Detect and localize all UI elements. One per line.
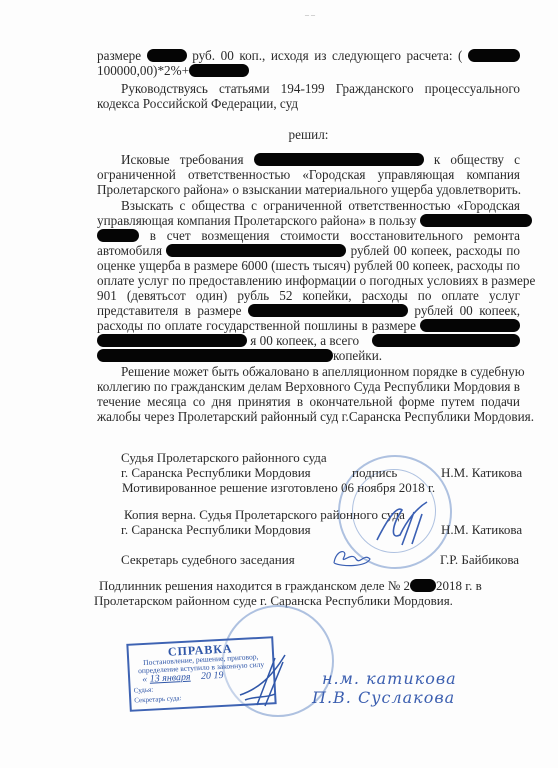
secretary-signature-icon (330, 545, 375, 569)
redaction (147, 49, 187, 62)
text-line: 100000,00)*2%+ (97, 63, 520, 78)
stamp-signature-icon (235, 650, 295, 710)
secretary-name: Г.Р. Байбикова (440, 552, 519, 568)
text-line: управляющая компания Пролетарского район… (97, 213, 520, 228)
text-line: 901 (девятьсот один) рубль 52 копейки, р… (97, 288, 520, 303)
text-line: Решение может быть обжаловано в апелляци… (97, 364, 520, 379)
text-line: коллегию по гражданским делам Верховного… (97, 379, 520, 394)
copy-judge-name: Н.М. Катикова (441, 522, 522, 538)
text-line: размере руб. 00 коп., исходя из следующе… (97, 48, 520, 63)
page-mark: – – (305, 10, 315, 19)
redaction (420, 319, 520, 332)
document-page: – – размере руб. 00 коп., исходя из след… (0, 0, 558, 768)
redaction (97, 349, 333, 362)
text-line: расходы по оплате государственной пошлин… (97, 318, 520, 333)
text-line: оценке ущерба в размере 6000 (шесть тыся… (97, 258, 520, 273)
text-line: копейки. (97, 348, 520, 363)
text-line: автомобиля рублей 00 копеек, расходы по (97, 243, 520, 258)
copy-certified-1: Копия верна. Судья Пролетарского районно… (124, 507, 405, 523)
original-location-line-1: Подлинник решения находится в гражданско… (99, 578, 482, 594)
handwritten-name-1: н.м. катикова (322, 669, 457, 688)
judge-name: Н.М. Катикова (441, 465, 522, 481)
text-line: Взыскать с общества с ограниченной ответ… (97, 198, 520, 213)
text-line: течение месяца со дня принятия в окончат… (97, 394, 520, 409)
judge-signature-icon (372, 500, 432, 550)
text-line: Исковые требования к обществу с (97, 152, 520, 167)
redaction (254, 153, 424, 166)
redaction (97, 229, 139, 242)
text-line: я 00 копеек, а всего (97, 333, 520, 348)
judge-title-1: Судья Пролетарского районного суда (121, 450, 327, 466)
text-line: кодекса Российской Федерации, суд (97, 96, 520, 111)
redaction (410, 579, 436, 592)
redaction (372, 334, 520, 347)
motivated-decision-date: Мотивированное решение изготовлено 06 но… (122, 480, 435, 496)
handwritten-name-2: П.В. Суслакова (312, 688, 455, 707)
redaction (166, 244, 346, 257)
redaction (420, 214, 532, 227)
text-line: оплате услуг по предоставлению информаци… (97, 273, 520, 288)
redaction (468, 49, 520, 62)
redaction (189, 64, 249, 77)
text-line: жалобы через Пролетарский районный суд г… (97, 409, 520, 424)
text-line: в счет возмещения стоимости восстановите… (97, 228, 520, 243)
resolution-heading: решил: (97, 127, 520, 142)
judge-title-2: г. Саранска Республики Мордовия (121, 465, 311, 481)
text-line: представителя в размере рублей 00 копеек… (97, 303, 520, 318)
redaction (97, 334, 247, 347)
text-line: ограниченной ответственностью «Городская… (97, 167, 520, 182)
redaction (248, 304, 408, 317)
text-line: Руководствуясь статьями 194-199 Гражданс… (97, 81, 520, 96)
copy-certified-2: г. Саранска Республики Мордовия (121, 522, 311, 538)
secretary-label: Секретарь судебного заседания (121, 552, 295, 568)
text-line: Пролетарского района» о взыскании матери… (97, 182, 520, 197)
signature-label: подпись (352, 465, 397, 481)
